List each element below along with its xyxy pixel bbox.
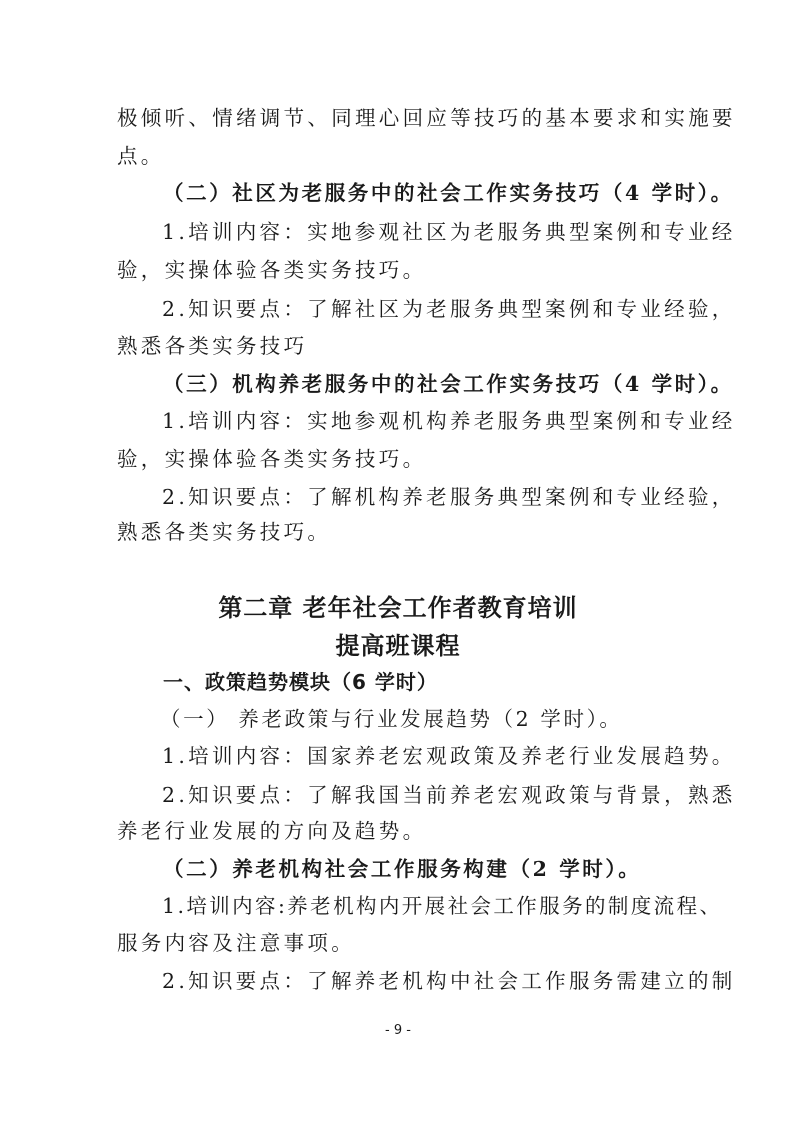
chapter-subtitle: 提高班课程 <box>0 626 796 661</box>
module-heading: 一、政策趋势模块（6 学时） <box>163 666 438 695</box>
paragraph-line: 验，实操体验各类实务技巧。 <box>117 256 677 284</box>
paragraph-line: 熟悉各类实务技巧 <box>117 332 677 360</box>
paragraph-line: 养老行业发展的方向及趋势。 <box>117 817 677 845</box>
page-number: - 9 - <box>0 1023 796 1038</box>
paragraph-line: 服务内容及注意事项。 <box>117 929 677 957</box>
paragraph-line: 2.知识要点：了解我国当前养老宏观政策与背景，熟悉 <box>162 781 722 809</box>
paragraph-line: 1.培训内容：国家养老宏观政策及养老行业发展趋势。 <box>162 742 722 770</box>
subsection-heading: （三）机构养老服务中的社会工作实务技巧（4 学时）。 <box>163 370 723 398</box>
chapter-title: 第二章 老年社会工作者教育培训 <box>0 588 796 623</box>
paragraph-line: 熟悉各类实务技巧。 <box>117 518 677 546</box>
paragraph-line: 1.培训内容：实地参观机构养老服务典型案例和专业经 <box>162 407 722 435</box>
subsection-heading: （二）社区为老服务中的社会工作实务技巧（4 学时）。 <box>163 179 723 207</box>
paragraph-line: 点。 <box>117 142 677 170</box>
paragraph-line: 1.培训内容:养老机构内开展社会工作服务的制度流程、 <box>162 892 722 920</box>
paragraph-line: 2.知识要点：了解养老机构中社会工作服务需建立的制 <box>162 967 722 995</box>
paragraph-line: 2.知识要点：了解机构养老服务典型案例和专业经验， <box>162 483 722 511</box>
subsection-heading: （二）养老机构社会工作服务构建（2 学时）。 <box>163 855 723 883</box>
paragraph-line: 极倾听、情绪调节、同理心回应等技巧的基本要求和实施要 <box>117 104 677 132</box>
subsection-heading: （一） 养老政策与行业发展趋势（2 学时）。 <box>160 705 720 733</box>
document-page: 极倾听、情绪调节、同理心回应等技巧的基本要求和实施要 点。 （二）社区为老服务中… <box>0 0 796 1122</box>
paragraph-line: 1.培训内容：实地参观社区为老服务典型案例和专业经 <box>162 218 722 246</box>
paragraph-line: 2.知识要点：了解社区为老服务典型案例和专业经验， <box>162 295 722 323</box>
paragraph-line: 验，实操体验各类实务技巧。 <box>117 445 677 473</box>
